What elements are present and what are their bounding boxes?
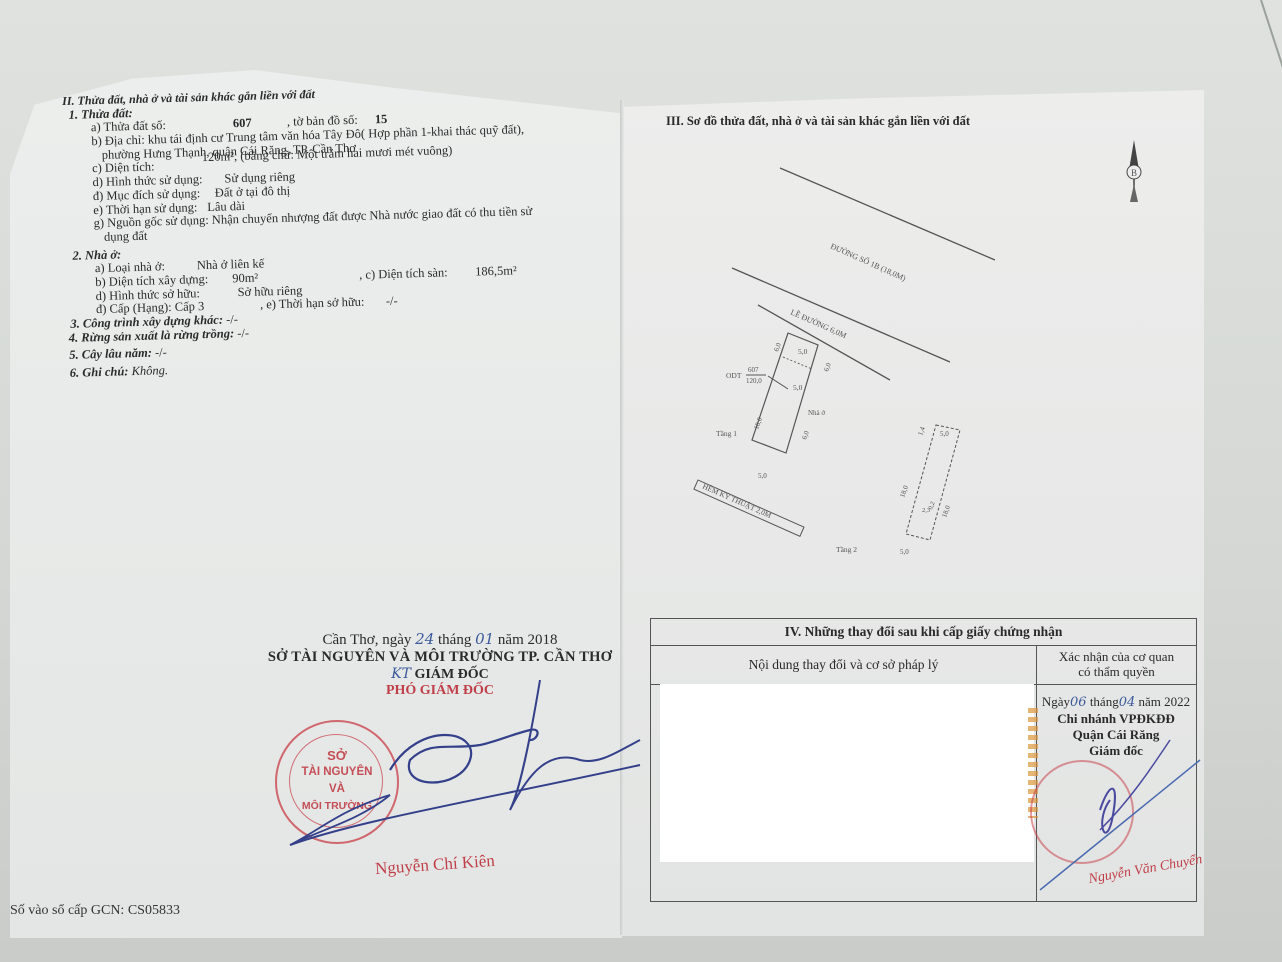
svg-text:6,0: 6,0: [822, 361, 833, 372]
svg-text:5,0: 5,0: [900, 548, 909, 556]
svg-text:Nhà ở: Nhà ở: [808, 409, 825, 417]
svg-text:607: 607: [748, 366, 759, 374]
svg-text:Tầng 2: Tầng 2: [836, 545, 857, 554]
svg-text:ĐƯỜNG SỐ 1B (18,0M): ĐƯỜNG SỐ 1B (18,0M): [829, 241, 908, 283]
col-confirm-header: Xác nhận của cơ quan có thẩm quyền: [1037, 646, 1196, 684]
month-label: tháng: [438, 632, 471, 648]
date-prefix: Cần Thơ, ngày: [323, 632, 412, 648]
svg-text:B: B: [1131, 168, 1137, 178]
confirm-year: năm 2022: [1139, 694, 1191, 709]
svg-text:18,0: 18,0: [898, 484, 910, 499]
svg-text:120,0: 120,0: [746, 377, 762, 385]
svg-text:5,0: 5,0: [793, 383, 803, 392]
confirm-day: 06: [1070, 695, 1087, 710]
redaction-box: [660, 684, 1034, 862]
svg-text:5,0: 5,0: [940, 430, 949, 438]
changes-title: IV. Những thay đổi sau khi cấp giấy chứn…: [651, 619, 1196, 646]
origin-value-2: dụng đất: [104, 229, 148, 244]
svg-text:HẺM KỸ THUẬT 2,0M: HẺM KỸ THUẬT 2,0M: [701, 481, 773, 520]
confirm-header-line1: Xác nhận của cơ quan: [1037, 649, 1196, 664]
section-iii-title: III. Sơ đồ thửa đất, nhà ở và tài sản kh…: [666, 114, 970, 129]
land-info-section: II. Thửa đất, nhà ở và tài sản khác gắn …: [62, 81, 536, 380]
other-item-value: -/-: [155, 346, 167, 360]
north-arrow-icon: B: [1127, 140, 1141, 202]
confirm-month-label: tháng: [1090, 694, 1119, 709]
other-item-value: -/-: [226, 312, 238, 326]
col-content-header: Nội dung thay đổi và cơ sở pháp lý: [651, 646, 1037, 684]
registry-number: Số vào sổ cấp GCN: CS05833: [10, 903, 180, 919]
parcel-diagram: B ĐƯỜNG SỐ 1B (18,0M) LỀ ĐƯỜNG 6,0M 5,0 …: [640, 140, 1200, 580]
confirm-date-prefix: Ngày: [1042, 694, 1070, 709]
other-item-label: 6. Ghi chú:: [70, 364, 129, 380]
other-item-value: Không.: [131, 363, 168, 378]
confirm-date: Ngày06 tháng04 năm 2022: [1036, 694, 1196, 711]
svg-text:LỀ ĐƯỜNG 6,0M: LỀ ĐƯỜNG 6,0M: [789, 307, 848, 341]
confirm-header-line2: có thẩm quyền: [1037, 664, 1196, 679]
other-item-label: 5. Cây lâu năm:: [69, 346, 152, 362]
svg-text:0,2: 0,2: [927, 501, 936, 511]
svg-text:5,0: 5,0: [758, 472, 767, 480]
svg-text:5,0: 5,0: [798, 347, 808, 356]
other-item-value: -/-: [237, 326, 249, 340]
issuing-org: SỞ TÀI NGUYÊN VÀ MÔI TRƯỜNG TP. CẦN THƠ: [240, 649, 640, 666]
issue-year: năm 2018: [498, 632, 558, 648]
issue-date: Cần Thơ, ngày 24 tháng 01 năm 2018: [240, 630, 640, 649]
svg-text:ODT: ODT: [726, 371, 742, 380]
issue-day: 24: [415, 630, 434, 648]
svg-text:6,0: 6,0: [800, 429, 811, 440]
issuer-signature-scribble: [280, 680, 640, 880]
svg-text:Tầng 1: Tầng 1: [716, 429, 737, 438]
confirm-month: 04: [1119, 695, 1136, 710]
svg-text:18,0: 18,0: [752, 416, 764, 431]
svg-text:18,0: 18,0: [940, 504, 952, 519]
changes-header-row: Nội dung thay đổi và cơ sở pháp lý Xác n…: [651, 646, 1196, 685]
confirm-org-line1: Chi nhánh VPĐKĐĐ: [1036, 711, 1196, 727]
grade-value: Cấp 3: [175, 299, 205, 314]
svg-text:1,4: 1,4: [916, 425, 927, 436]
issue-month: 01: [475, 630, 494, 648]
